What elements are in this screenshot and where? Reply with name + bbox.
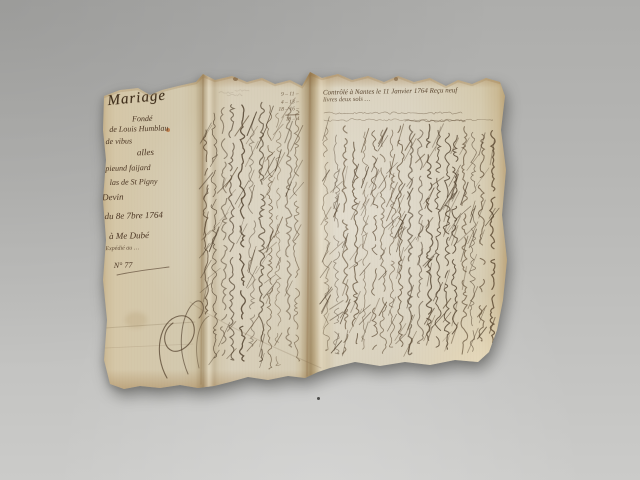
- cover-number: N° 77: [114, 260, 133, 269]
- cover-line: alles: [137, 147, 154, 157]
- cover-line: de Louis Humblau: [109, 123, 168, 134]
- cover-line: pieund faijard: [105, 163, 150, 173]
- registration-line: livres deux sols …: [323, 93, 503, 104]
- registration-note: Contrôlé à Nantes le 11 Janvier 1764 Reç…: [323, 85, 503, 104]
- manuscript-paper: Mariage Fondé de Louis Humblau de vibus …: [95, 72, 510, 392]
- cover-panel: Mariage Fondé de Louis Humblau de vibus …: [91, 71, 209, 394]
- photo-background: { "scene": { "description": "Photograph …: [0, 0, 640, 480]
- manuscript-photo: Mariage Fondé de Louis Humblau de vibus …: [95, 72, 510, 392]
- fold-crease-right: [300, 72, 328, 392]
- edge-spot: [233, 77, 238, 81]
- dust-speck: [317, 397, 320, 400]
- cover-note: Expédié au …: [105, 245, 139, 252]
- cover-party: à Me Dubé: [109, 230, 149, 241]
- figures-column: 9 – 11 – 4 – 13 – 18 – 16 – 18 – 4: [246, 91, 299, 125]
- cover-line: Devin: [102, 192, 124, 203]
- cover-line: Fondé: [132, 114, 153, 124]
- cover-date: du 8e 7bre 1764: [104, 210, 163, 222]
- edge-spot: [394, 77, 398, 81]
- figures-row: 18 – 4: [247, 114, 299, 125]
- cover-line: de vibus: [106, 136, 133, 146]
- cover-title: Mariage: [107, 88, 167, 111]
- cover-line: las de St Pigny: [110, 177, 158, 187]
